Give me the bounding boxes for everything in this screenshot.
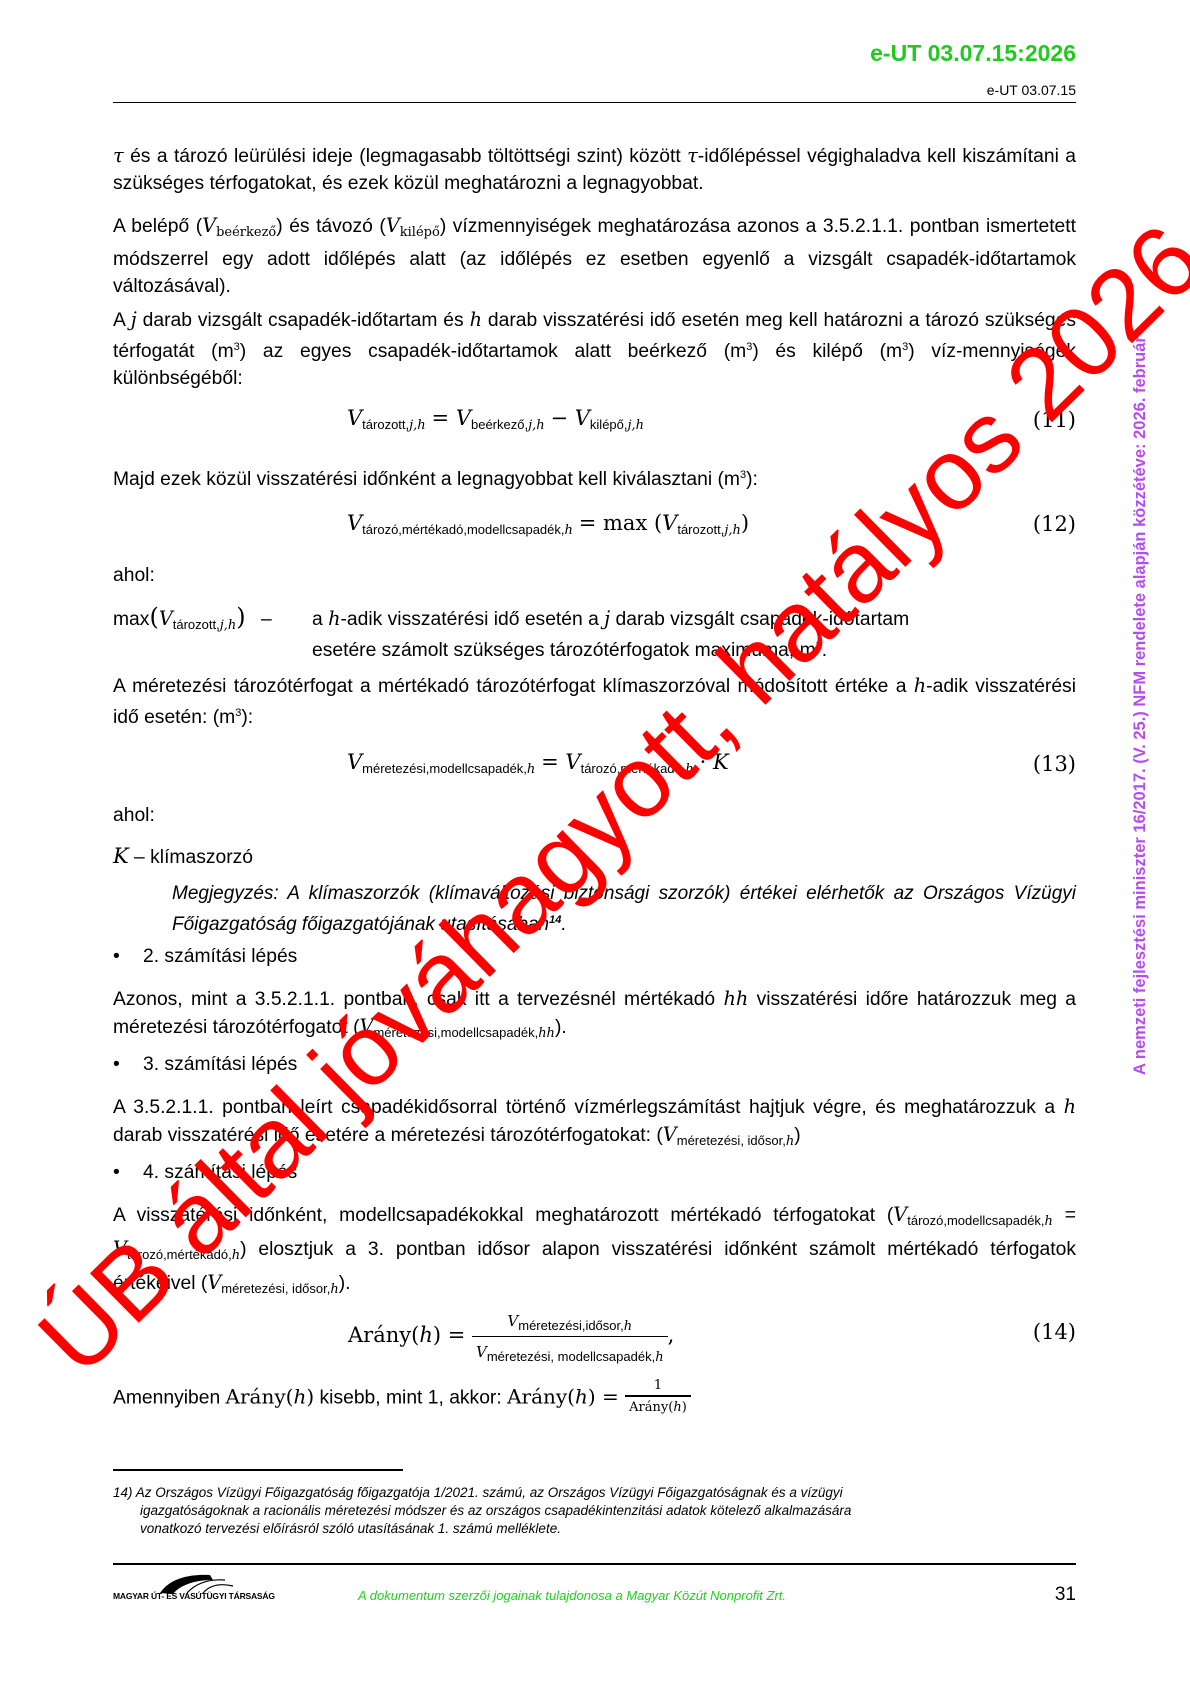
h-symbol: h — [673, 1400, 681, 1415]
h-symbol: h — [914, 674, 926, 697]
subscript-index: j,h — [409, 418, 426, 433]
text: A méretezési tározótérfogat a mértékadó … — [113, 676, 914, 697]
v-symbol: V — [662, 511, 677, 535]
header-divider — [113, 102, 1076, 103]
v-symbol: V — [575, 406, 590, 430]
text: ). — [555, 1017, 567, 1038]
h-symbol: h — [575, 1385, 588, 1409]
definition-k: K – klímaszorzó — [113, 843, 1076, 871]
text: ) és kilépő (m — [752, 341, 902, 362]
subscript: beérkező, — [471, 417, 528, 432]
max-operator: max — [603, 511, 647, 535]
text: vonatkozó tervezési előírásról szóló uta… — [113, 1520, 1013, 1538]
subscript: méretezési, idősor, — [677, 1133, 786, 1148]
subscript: tározó,modellcsapadék, — [907, 1213, 1044, 1228]
paragraph-select-max: Majd ezek közül visszatérési időnként a … — [113, 462, 1076, 493]
subscript-index: j,h — [628, 418, 645, 433]
where-label: ahol: — [113, 802, 1076, 829]
equation-11: Vtározott,j,h = Vbeérkező,j,h − Vkilépő,… — [347, 406, 644, 433]
text: Arány( — [507, 1385, 575, 1409]
text: ): — [746, 469, 758, 490]
subscript: tározó,mértékadó, — [581, 761, 686, 776]
equation-number-11: (11) — [1033, 408, 1076, 432]
text: a — [312, 609, 328, 630]
footnote-reference[interactable]: 14 — [549, 914, 561, 926]
h-symbol: h — [1064, 1095, 1076, 1118]
subscript: kilépő — [400, 225, 440, 240]
paragraph-intro: τ és a tározó leürülési ideje (legmagasa… — [113, 142, 1076, 197]
equation-12: Vtározó,mértékadó,modellcsapadék,h = max… — [347, 511, 749, 538]
v-symbol: V — [386, 214, 400, 237]
paragraph-step-3: A 3.5.2.1.1. pontban leírt csapadékidőso… — [113, 1093, 1076, 1155]
footnote-14: 14) Az Országos Vízügyi Főigazgatóság fő… — [113, 1484, 1013, 1538]
hh-symbol: hh — [723, 987, 748, 1010]
bullet-icon: • — [113, 1162, 143, 1184]
paragraph-volume-definition: A j darab vizsgált csapadék-időtartam és… — [113, 306, 1076, 392]
step-3-heading: •3. számítási lépés — [113, 1054, 297, 1076]
text: esetére számolt szükséges tározótérfogat… — [312, 640, 816, 661]
bullet-icon: • — [113, 1054, 143, 1076]
fraction: Vméretezési,idősor,h Vméretezési, modell… — [472, 1308, 668, 1365]
text: = — [1053, 1205, 1076, 1226]
v-symbol: V — [456, 406, 471, 430]
paragraph-ratio-inverse: Amennyiben Arány(h) kisebb, mint 1, akko… — [113, 1380, 691, 1417]
v-symbol: V — [360, 1015, 374, 1038]
text: max — [113, 609, 149, 630]
subscript: méretezési,modellcsapadék, — [373, 1025, 538, 1040]
v-symbol: V — [347, 750, 362, 774]
text: Megjegyzés: A klímaszorzók (klímaváltozá… — [172, 883, 1076, 935]
h-symbol: h — [419, 1323, 433, 1347]
subscript: méretezési, modellcsapadék, — [487, 1349, 655, 1364]
dash: – — [251, 609, 282, 630]
equation-13: Vméretezési,modellcsapadék,h = Vtározó,m… — [347, 750, 729, 777]
text: Arány( — [629, 1400, 673, 1415]
subscript: tározott, — [677, 522, 724, 537]
subscript-index: j,h — [528, 418, 545, 433]
footnote-number: 14) — [113, 1485, 133, 1500]
text: igazgatóságoknak a racionális méretezési… — [113, 1502, 1013, 1520]
subscript-index: h — [685, 762, 693, 777]
paragraph-design-volume: A méretezési tározótérfogat a mértékadó … — [113, 672, 1076, 731]
subscript-index: h — [655, 1350, 663, 1365]
subscript: méretezési,modellcsapadék, — [362, 761, 527, 776]
text: – klímaszorzó — [129, 847, 253, 868]
text: A belépő ( — [113, 216, 202, 237]
paragraph-inflow-outflow: A belépő (Vbeérkező) és távozó (Vkilépő)… — [113, 212, 1076, 300]
subscript-index: j,h — [724, 523, 741, 538]
company-logo: MAGYAR ÚT- ÉS VASÚTÜGYI TÁRSASÁG — [113, 1572, 263, 1612]
v-symbol: V — [476, 1343, 487, 1361]
superscript: 3 — [816, 640, 822, 652]
tau-symbol: τ — [687, 144, 698, 167]
equation-number-14: (14) — [1033, 1320, 1076, 1344]
subscript: kilépő, — [590, 417, 628, 432]
subscript: beérkező — [216, 225, 276, 240]
subscript: méretezési, idősor, — [221, 1281, 330, 1296]
subscript-index: h — [1045, 1214, 1053, 1229]
text: 3. számítási lépés — [143, 1054, 297, 1075]
note-climate-factor: Megjegyzés: A klímaszorzók (klímaváltozá… — [172, 880, 1076, 938]
subscript-index: h — [786, 1134, 794, 1149]
paragraph-step-2: Azonos, mint a 3.5.2.1.1. pontban, csak … — [113, 985, 1076, 1047]
text: kisebb, mint 1, akkor: — [314, 1388, 507, 1409]
h-symbol: h — [328, 607, 340, 630]
text: darab vizsgált csapadék-időtartam — [610, 609, 909, 630]
text: Az Országos Vízügyi Főigazgatóság főigaz… — [136, 1485, 843, 1500]
document-code-running-header: e-UT 03.07.15 — [987, 82, 1076, 98]
v-symbol: V — [347, 511, 362, 535]
step-2-heading: •2. számítási lépés — [113, 946, 297, 968]
text: Arány( — [348, 1323, 419, 1347]
side-publication-note: A nemzeti fejlesztési miniszter 16/2017.… — [1131, 336, 1150, 1075]
text: ) az egyes csapadék-időtartamok alatt be… — [240, 341, 746, 362]
equation-number-13: (13) — [1033, 752, 1076, 776]
document-code-title: e-UT 03.07.15:2026 — [870, 40, 1076, 67]
subscript: tározott, — [362, 417, 409, 432]
equation-number-12: (12) — [1033, 512, 1076, 536]
bullet-icon: • — [113, 946, 143, 968]
v-symbol: V — [159, 607, 173, 630]
text: ): — [241, 707, 253, 728]
logo-text: MAGYAR ÚT- ÉS VASÚTÜGYI TÁRSASÁG — [113, 1591, 275, 1601]
text: Majd ezek közül visszatérési időnként a … — [113, 469, 740, 490]
text: Arány( — [226, 1385, 294, 1409]
copyright-notice: A dokumentum szerzői jogainak tulajdonos… — [358, 1588, 786, 1603]
v-symbol: V — [565, 750, 580, 774]
footnote-divider — [113, 1469, 403, 1471]
definition-max: max(Vtározott,j,h) – — [113, 603, 282, 633]
definition-max-text: a h-adik visszatérési idő esetén a j dar… — [312, 605, 1076, 664]
subscript: tározó,mértékadó, — [127, 1247, 232, 1262]
subscript-index: h — [624, 1319, 632, 1334]
subscript-index: h — [565, 523, 573, 538]
v-symbol: V — [202, 214, 216, 237]
subscript-index: h — [527, 762, 535, 777]
text: A 3.5.2.1.1. pontban leírt csapadékidőso… — [113, 1097, 1064, 1118]
text: ) és távozó ( — [276, 216, 386, 237]
text: A visszatérési időnként, modellcsapadéko… — [113, 1205, 893, 1226]
text: . — [561, 914, 566, 935]
text: 1 — [625, 1378, 691, 1397]
v-symbol: V — [893, 1203, 907, 1226]
footer-divider — [113, 1563, 1076, 1565]
where-label: ahol: — [113, 562, 1076, 589]
text: Amennyiben — [113, 1388, 226, 1409]
equation-14: Arány(h) = Vméretezési,idősor,h Vméretez… — [348, 1308, 674, 1365]
subscript-index: h — [330, 1282, 338, 1297]
tau-symbol: τ — [113, 144, 124, 167]
v-symbol: V — [663, 1123, 677, 1146]
v-symbol: V — [113, 1237, 127, 1260]
subscript-index: hh — [538, 1026, 555, 1041]
subscript: méretezési,idősor, — [518, 1318, 624, 1333]
text: darab vizsgált csapadék-időtartam és — [137, 310, 470, 331]
page-number: 31 — [1055, 1584, 1076, 1606]
v-symbol: V — [347, 406, 362, 430]
v-symbol: V — [507, 1312, 518, 1330]
subscript: tározott, — [173, 617, 220, 632]
text: darab visszatérési idő esetére a méretez… — [113, 1125, 663, 1146]
text: és a tározó leürülési ideje (legmagasabb… — [124, 146, 687, 167]
subscript: tározó,mértékadó,modellcsapadék, — [362, 522, 564, 537]
h-symbol: h — [470, 308, 482, 331]
text: ). — [339, 1273, 351, 1294]
step-4-heading: •4. számítási lépés — [113, 1162, 297, 1184]
subscript-index: h — [232, 1248, 240, 1263]
paragraph-step-4: A visszatérési időnként, modellcsapadéko… — [113, 1201, 1076, 1303]
text: Azonos, mint a 3.5.2.1.1. pontban, csak … — [113, 989, 723, 1010]
fraction: 1 Arány(h) — [625, 1378, 691, 1415]
h-symbol: h — [293, 1385, 306, 1409]
text: 2. számítási lépés — [143, 946, 297, 967]
text: ) — [794, 1125, 800, 1146]
subscript-index: j,h — [220, 618, 237, 633]
text: A — [113, 310, 131, 331]
v-symbol: V — [207, 1271, 221, 1294]
text: -adik visszatérési idő esetén a — [341, 609, 605, 630]
k-symbol: K — [713, 750, 729, 774]
text: 4. számítási lépés — [143, 1162, 297, 1183]
k-symbol: K — [113, 844, 129, 868]
